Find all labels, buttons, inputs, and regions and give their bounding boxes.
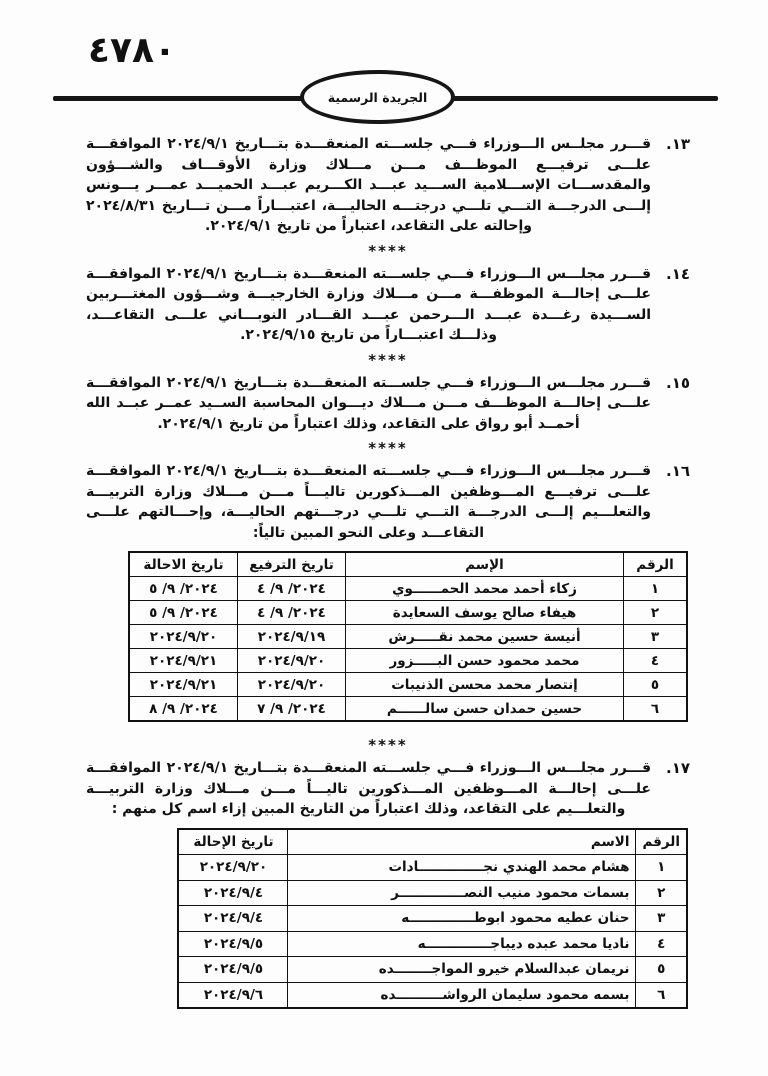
cell-referral-date: ٢٠٢٤/٩/٢٠ [129, 625, 238, 649]
col-header-promotion-date: تاريخ الترفيع [238, 552, 346, 577]
decision-item-16: ١٦. قـــرر مجلـــس الـــوزراء فـــي جلسـ… [86, 461, 690, 543]
page-content: ١٣. قـــرر مجلــس الـــوزراء فـــي جلســ… [86, 134, 690, 1023]
table-header-row: الرقم الاسم تاريخ الإحالة [178, 829, 687, 855]
decision-item-15: ١٥. قـــرر مجلـــس الـــوزراء فـــي جلسـ… [86, 373, 690, 435]
cell-name: ناديا محمد عبده ديباجــــــــــــــه [288, 931, 636, 957]
table-row: ٢ بسمات محمود منيب النصــــــــــــــر ٢… [178, 880, 687, 906]
cell-referral-date: ٢٠٢٤/ ٩/ ٥ [129, 601, 238, 625]
cell-name: حسين حمدان حسن سالــــــم [346, 697, 624, 722]
gazette-page: ٤٧٨٠ الجريدة الرسمية ١٣. قـــرر مجلــس ا… [0, 0, 768, 1076]
col-header-name: الإسم [346, 552, 624, 577]
decision-item-14: ١٤. قـــرر مجلـــس الـــوزراء فـــي جلسـ… [86, 264, 690, 346]
cell-referral-date: ٢٠٢٤/٩/٢٠ [178, 855, 288, 881]
cell-referral-date: ٢٠٢٤/٩/٢١ [129, 673, 238, 697]
cell-number: ٢ [636, 880, 687, 906]
col-header-number: الرقم [624, 552, 688, 577]
cell-name: بسمات محمود منيب النصــــــــــــــر [288, 880, 636, 906]
section-separator: **** [86, 351, 690, 369]
cell-name: حنان عطيه محمود ابوطــــــــــــــه [288, 906, 636, 932]
cell-referral-date: ٢٠٢٤/٩/٦ [178, 982, 288, 1008]
cell-name: بسمه محمود سليمان الرواشــــــــــده [288, 982, 636, 1008]
cell-referral-date: ٢٠٢٤/ ٩/ ٥ [129, 577, 238, 601]
page-number: ٤٧٨٠ [88, 30, 176, 71]
cell-name: زكاء أحمد محمد الحمــــــوي [346, 577, 624, 601]
cell-name: محمد محمود حسن البـــــزور [346, 649, 624, 673]
cell-referral-date: ٢٠٢٤/٩/٢١ [129, 649, 238, 673]
col-header-number: الرقم [636, 829, 687, 855]
cell-number: ٦ [624, 697, 688, 722]
table-row: ٥ إنتصار محمد محسن الذنيبات ٢٠٢٤/٩/٢٠ ٢٠… [129, 673, 687, 697]
cell-number: ٣ [636, 906, 687, 932]
table-row: ٦ بسمه محمود سليمان الرواشــــــــــده ٢… [178, 982, 687, 1008]
table-row: ٣ حنان عطيه محمود ابوطــــــــــــــه ٢٠… [178, 906, 687, 932]
cell-name: إنتصار محمد محسن الذنيبات [346, 673, 624, 697]
cell-number: ٤ [624, 649, 688, 673]
cell-promotion-date: ٢٠٢٤/ ٩/ ٧ [238, 697, 346, 722]
table-row: ٢ هيفاء صالح يوسف السعايدة ٢٠٢٤/ ٩/ ٤ ٢٠… [129, 601, 687, 625]
section-separator: **** [86, 242, 690, 260]
cell-referral-date: ٢٠٢٤/٩/٤ [178, 906, 288, 932]
table-row: ١ هشام محمد الهندي نجــــــــــــــادات … [178, 855, 687, 881]
table-header-row: الرقم الإسم تاريخ الترفيع تاريخ الاحالة [129, 552, 687, 577]
cell-number: ٣ [624, 625, 688, 649]
header-band: الجريدة الرسمية [0, 70, 768, 128]
table-row: ٤ محمد محمود حسن البـــــزور ٢٠٢٤/٩/٢٠ ٢… [129, 649, 687, 673]
promotions-referrals-table: الرقم الإسم تاريخ الترفيع تاريخ الاحالة … [128, 551, 688, 722]
section-separator: **** [86, 439, 690, 457]
decision-number: ١٦. [656, 461, 690, 543]
section-separator: **** [86, 736, 690, 754]
gazette-title: الجريدة الرسمية [328, 90, 428, 105]
cell-promotion-date: ٢٠٢٤/٩/٢٠ [238, 673, 346, 697]
table-row: ٥ نريمان عبدالسلام خيرو المواجــــــــده… [178, 957, 687, 983]
cell-promotion-date: ٢٠٢٤/ ٩/ ٤ [238, 601, 346, 625]
cell-promotion-date: ٢٠٢٤/٩/٢٠ [238, 649, 346, 673]
cell-number: ١ [624, 577, 688, 601]
cell-number: ٥ [636, 957, 687, 983]
decision-number: ١٤. [656, 264, 690, 346]
decision-item-17: ١٧. قـــرر مجلـــس الـــوزراء فـــي جلسـ… [86, 758, 690, 820]
cell-name: هيفاء صالح يوسف السعايدة [346, 601, 624, 625]
cell-name: هشام محمد الهندي نجــــــــــــــادات [288, 855, 636, 881]
cell-number: ١ [636, 855, 687, 881]
cell-number: ٥ [624, 673, 688, 697]
decision-item-13: ١٣. قـــرر مجلــس الـــوزراء فـــي جلســ… [86, 134, 690, 237]
table-row: ٦ حسين حمدان حسن سالــــــم ٢٠٢٤/ ٩/ ٧ ٢… [129, 697, 687, 722]
decision-text: قـــرر مجلـــس الـــوزراء فـــي جلســـته… [86, 758, 651, 820]
cell-number: ٤ [636, 931, 687, 957]
cell-promotion-date: ٢٠٢٤/ ٩/ ٤ [238, 577, 346, 601]
cell-referral-date: ٢٠٢٤/ ٩/ ٨ [129, 697, 238, 722]
cell-referral-date: ٢٠٢٤/٩/٥ [178, 931, 288, 957]
decision-text: قـــرر مجلـــس الـــوزراء فـــي جلســـته… [86, 461, 651, 543]
table-row: ٣ أنيسة حسين محمد نقـــــرش ٢٠٢٤/٩/١٩ ٢٠… [129, 625, 687, 649]
cell-referral-date: ٢٠٢٤/٩/٤ [178, 880, 288, 906]
cell-number: ٢ [624, 601, 688, 625]
table-row: ٤ ناديا محمد عبده ديباجــــــــــــــه ٢… [178, 931, 687, 957]
col-header-name: الاسم [288, 829, 636, 855]
decision-text: قـــرر مجلـــس الـــوزراء فـــي جلســـته… [86, 373, 651, 435]
cell-number: ٦ [636, 982, 687, 1008]
decision-number: ١٧. [656, 758, 690, 820]
col-header-referral-date: تاريخ الاحالة [129, 552, 238, 577]
referrals-table: الرقم الاسم تاريخ الإحالة ١ هشام محمد ال… [177, 828, 688, 1010]
decision-number: ١٥. [656, 373, 690, 435]
cell-name: أنيسة حسين محمد نقـــــرش [346, 625, 624, 649]
decision-text: قـــرر مجلــس الـــوزراء فـــي جلســـته … [86, 134, 651, 237]
table-row: ١ زكاء أحمد محمد الحمــــــوي ٢٠٢٤/ ٩/ ٤… [129, 577, 687, 601]
cell-referral-date: ٢٠٢٤/٩/٥ [178, 957, 288, 983]
decision-number: ١٣. [656, 134, 690, 237]
col-header-referral-date: تاريخ الإحالة [178, 829, 288, 855]
cell-promotion-date: ٢٠٢٤/٩/١٩ [238, 625, 346, 649]
cell-name: نريمان عبدالسلام خيرو المواجــــــــده [288, 957, 636, 983]
gazette-title-badge: الجريدة الرسمية [300, 70, 455, 124]
decision-text: قـــرر مجلـــس الـــوزراء فـــي جلســـته… [86, 264, 651, 346]
